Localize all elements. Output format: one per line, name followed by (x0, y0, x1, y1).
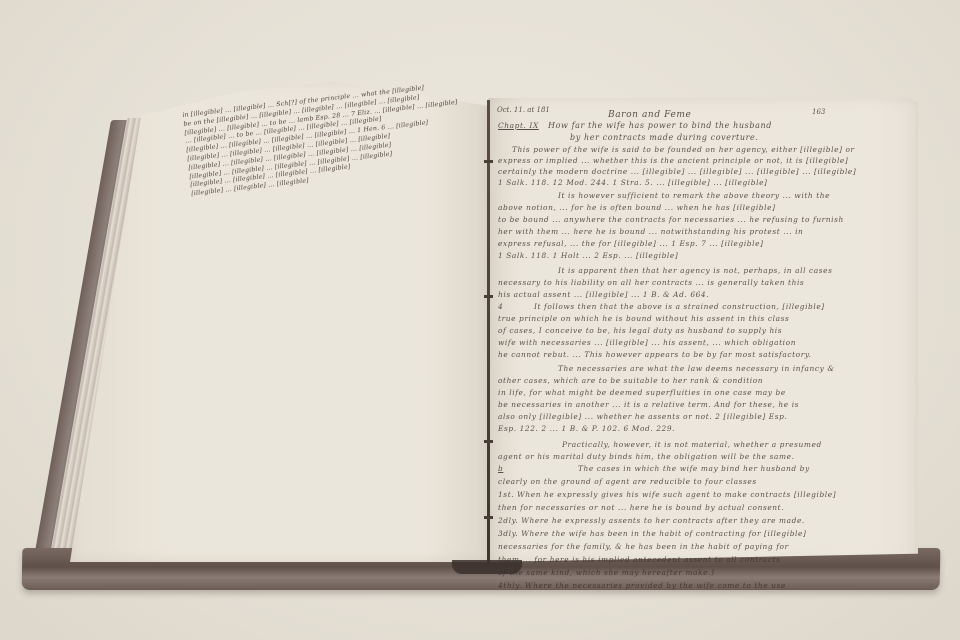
binding-stitch (484, 295, 493, 298)
text-line: by her contracts made during coverture. (570, 133, 759, 142)
text-line: This power of the wife is said to be fou… (512, 145, 855, 154)
text-line: true principle on which he is bound with… (498, 314, 789, 323)
text-line: Esp. 122. 2 ... 1 B. & P. 102. 6 Mod. 22… (498, 424, 675, 433)
photo-scene: in [illegible] ... [illegible] ... Sch[?… (0, 0, 960, 640)
binding-stitch (484, 440, 493, 443)
text-line: It follows then that the above is a stra… (534, 302, 825, 311)
text-line: agent or his marital duty binds him, the… (498, 452, 795, 461)
text-line: of the same kind, which she may hereafte… (498, 568, 715, 577)
page-number: 163 (812, 108, 825, 116)
text-line: express or implied ... whether this is t… (498, 156, 848, 165)
text-line: The necessaries are what the law deems n… (558, 364, 835, 373)
text-line: necessaries for the family, & he has bee… (498, 542, 789, 551)
text-line: 1st. When he expressly gives his wife su… (498, 490, 836, 499)
page-header-date: Oct. 11. at 181 (497, 106, 550, 114)
text-line: Practically, however, it is not material… (562, 440, 822, 449)
text-line: How far the wife has power to bind the h… (548, 121, 772, 130)
page-title: Baron and Feme (608, 110, 691, 120)
book-gutter-binding (487, 100, 490, 562)
text-line: he cannot rebut. ... This however appear… (498, 350, 812, 359)
text-line: It is however sufficient to remark the a… (558, 191, 830, 200)
text-line: then for necessaries or not ... here he … (498, 503, 784, 512)
binding-stitch (484, 516, 493, 519)
margin-marker: b (498, 464, 503, 473)
text-line: 4thly. Where the necessaries provided by… (498, 581, 786, 590)
text-line: 3dly. Where the wife has been in the hab… (498, 529, 806, 538)
text-line: be necessaries in another ... it is a re… (498, 400, 799, 409)
text-line: 1 Salk. 118. 1 Holt ... 2 Esp. ... [ille… (498, 251, 678, 260)
text-line: to be bound ... anywhere the contracts f… (498, 215, 844, 224)
text-line: other cases, which are to be suitable to… (498, 376, 763, 385)
text-line: above notion, ... for he is often bound … (498, 203, 776, 212)
text-line: necessary to his liability on all her co… (498, 278, 804, 287)
text-line: of cases, I conceive to be, his legal du… (498, 326, 782, 335)
text-line: certainly the modern doctrine ... [illeg… (498, 167, 856, 176)
text-line: 1 Salk. 118. 12 Mod. 244. 1 Stra. 5. ...… (498, 178, 768, 187)
chapter-marker: Chapt. IX (498, 121, 539, 130)
text-line: The cases in which the wife may bind her… (578, 464, 810, 473)
text-line: also only [illegible] ... whether he ass… (498, 412, 787, 421)
text-line: It is apparent then that her agency is n… (558, 266, 833, 275)
text-line: his actual assent ... [illegible] ... 1 … (498, 290, 709, 299)
text-line: her with them ... here he is bound ... n… (498, 227, 803, 236)
text-line: clearly on the ground of agent are reduc… (498, 477, 757, 486)
margin-marker: 4 (498, 302, 503, 311)
text-line: express refusal, ... the for [illegible]… (498, 239, 764, 248)
text-line: wife with necessaries ... [illegible] ..… (498, 338, 796, 347)
text-line: in life, for what might be deemed superf… (498, 388, 786, 397)
text-line: them ... for here is his implied anteced… (498, 555, 781, 564)
text-line: 2dly. Where he expressly assents to her … (498, 516, 805, 525)
